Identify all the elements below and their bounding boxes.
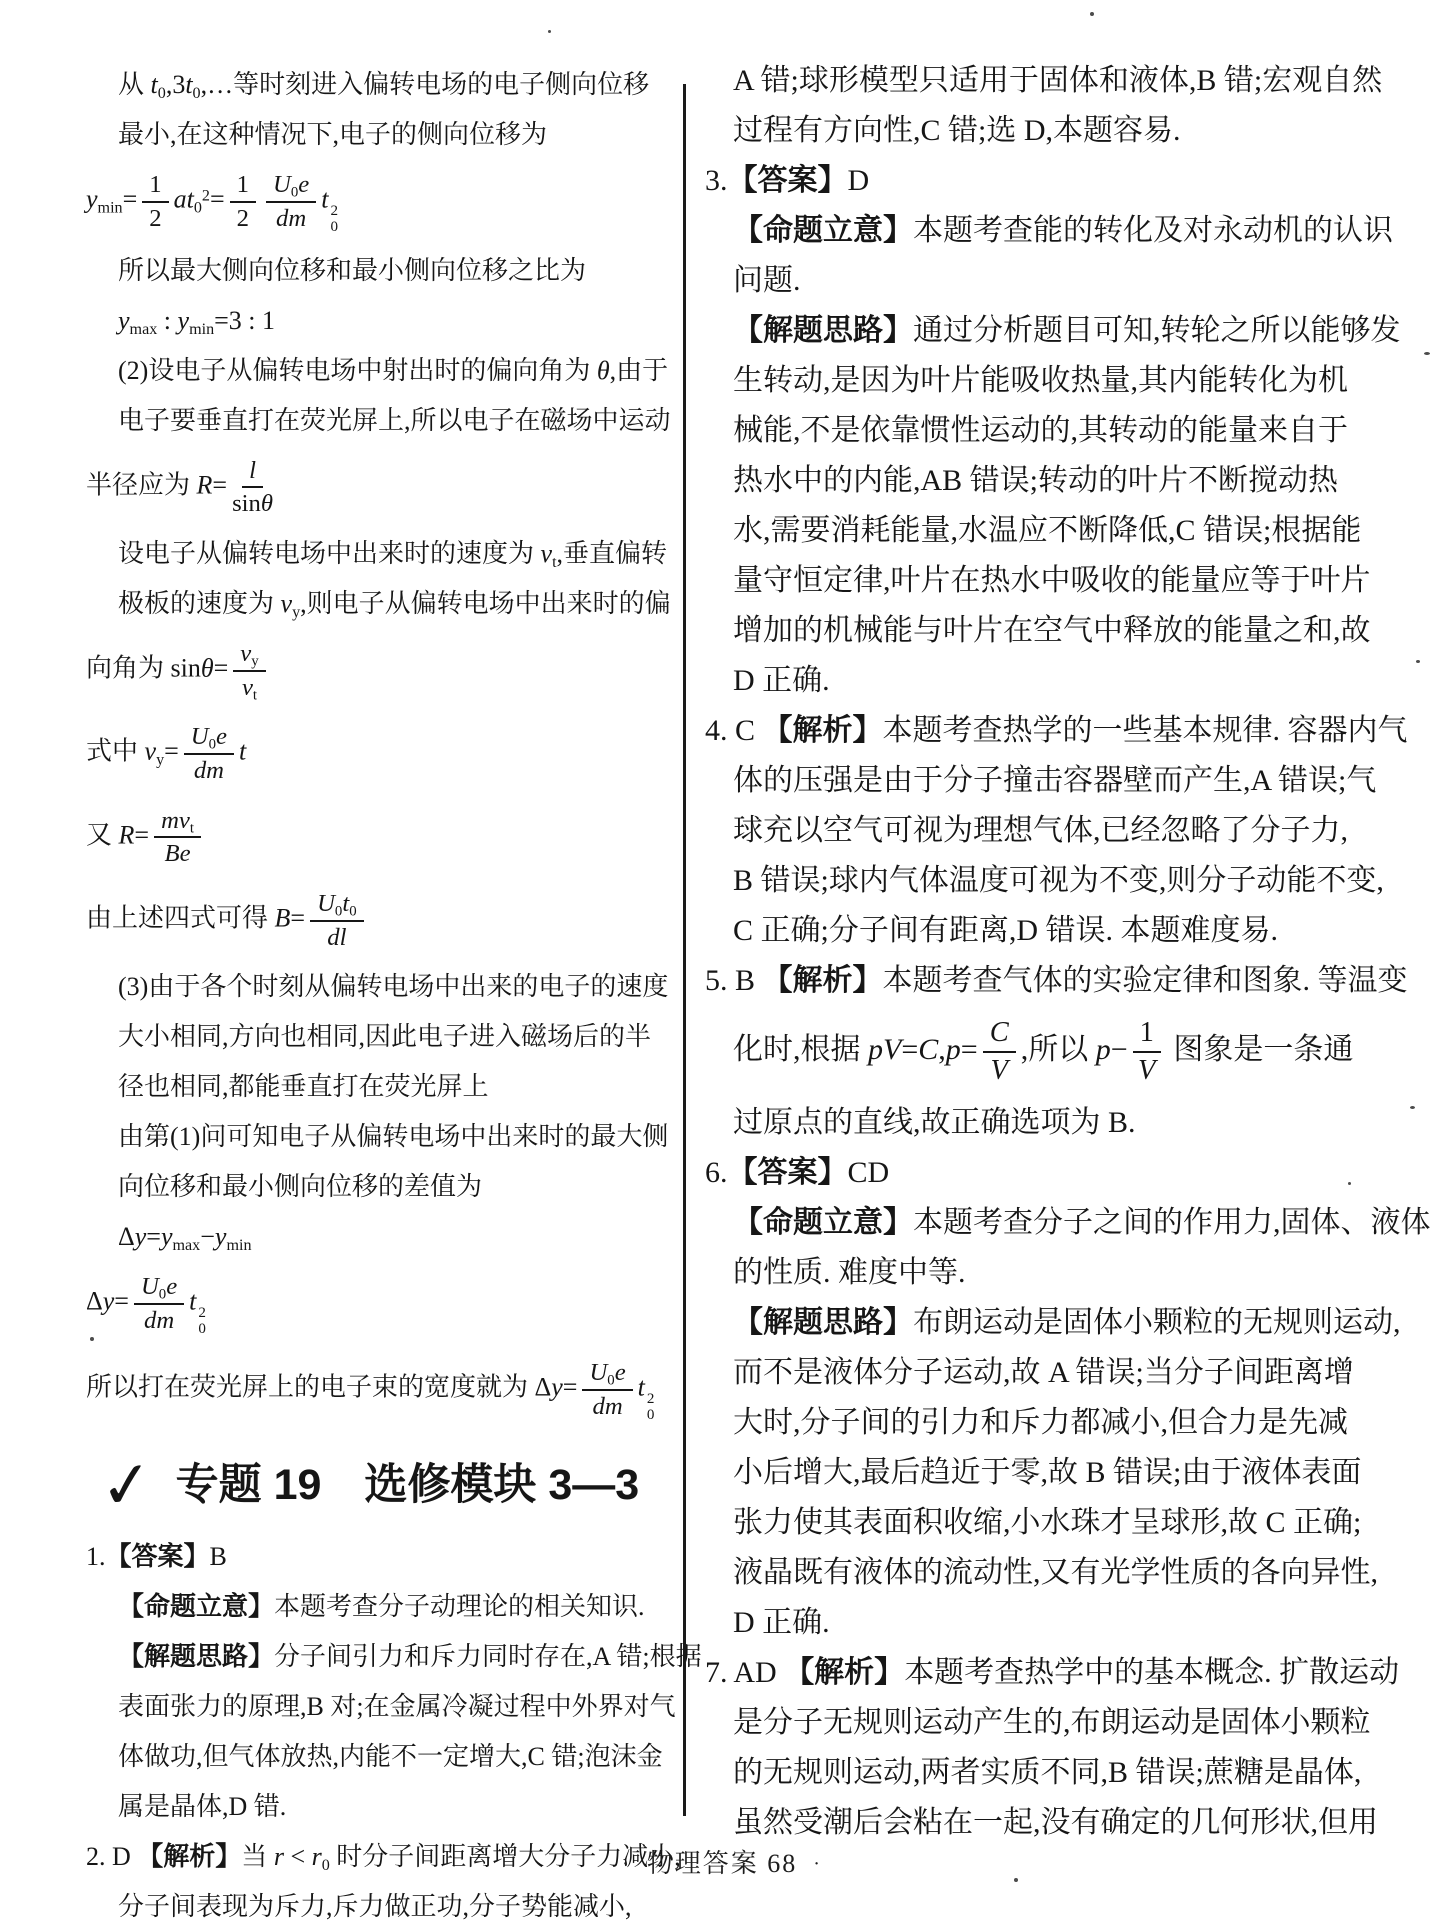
- text-line: 【命题立意】本题考查分子动理论的相关知识.: [86, 1582, 686, 1632]
- formula-line: 化时,根据 pV=C,p=CV,所以 p−1V 图象是一条通: [705, 1006, 1405, 1098]
- text-line: 极板的速度为 vy,则电子从偏转电场中出来时的偏: [86, 579, 686, 629]
- text-line: 的性质. 难度中等.: [705, 1248, 1405, 1298]
- text-line: 向位移和最小侧向位移的差值为: [86, 1162, 686, 1212]
- column-divider: [683, 84, 686, 1816]
- fraction: U0edm: [582, 1358, 632, 1421]
- text-line: D 正确.: [705, 656, 1405, 706]
- text-line: (3)由于各个时刻从偏转电场中出来的电子的速度: [86, 962, 686, 1012]
- text-line: 的无规则运动,两者实质不同,B 错误;蔗糖是晶体,: [705, 1748, 1405, 1798]
- scan-speck: [1348, 1182, 1351, 1185]
- text-line: 液晶既有液体的流动性,又有光学性质的各向异性,: [705, 1548, 1405, 1598]
- formula-line: 由上述四式可得 B=U0t0dl: [86, 879, 686, 962]
- text-line: 电子要垂直打在荧光屏上,所以电子在磁场中运动: [86, 396, 686, 446]
- right-column: A 错;球形模型只适用于固体和液体,B 错;宏观自然过程有方向性,C 错;选 D…: [705, 56, 1405, 1848]
- text-line: 由第(1)问可知电子从偏转电场中出来时的最大侧: [86, 1112, 686, 1162]
- text-line: A 错;球形模型只适用于固体和液体,B 错;宏观自然: [705, 56, 1405, 106]
- fraction: vyvt: [233, 639, 265, 702]
- text-line: 过原点的直线,故正确选项为 B.: [705, 1098, 1405, 1148]
- formula-line: 半径应为 R=lsinθ: [86, 446, 686, 529]
- text-line: 表面张力的原理,B 对;在金属冷凝过程中外界对气: [86, 1682, 686, 1732]
- text-line: 【命题立意】本题考查分子之间的作用力,固体、液体: [705, 1198, 1405, 1248]
- fraction: mvtBe: [154, 806, 201, 869]
- scan-speck: [1410, 1106, 1415, 1109]
- text-line: ymax : ymin=3 : 1: [86, 296, 686, 346]
- text-line: 水,需要消耗能量,水温应不断降低,C 错误;根据能: [705, 506, 1405, 556]
- text-line: 增加的机械能与叶片在空气中释放的能量之和,故: [705, 606, 1405, 656]
- fraction: 12: [142, 170, 168, 233]
- text-line: 分子间表现为斥力,斥力做正功,分子势能减小,: [86, 1882, 686, 1931]
- fraction: U0edm: [134, 1272, 184, 1335]
- text-line: C 正确;分子间有距离,D 错误. 本题难度易.: [705, 906, 1405, 956]
- text-line: 7. AD 【解析】本题考查热学中的基本概念. 扩散运动: [705, 1648, 1405, 1698]
- fraction: U0edm: [184, 722, 234, 785]
- text-line: 而不是液体分子运动,故 A 错误;当分子间距离增: [705, 1348, 1405, 1398]
- text-line: 【命题立意】本题考查能的转化及对永动机的认识: [705, 206, 1405, 256]
- text-line: B 错误;球内气体温度可视为不变,则分子动能不变,: [705, 856, 1405, 906]
- page-number-label: 物理答案 68: [647, 1849, 798, 1878]
- text-line: D 正确.: [705, 1598, 1405, 1648]
- text-line: 1.【答案】B: [86, 1532, 686, 1582]
- text-line: 械能,不是依靠惯性运动的,其转动的能量来自于: [705, 406, 1405, 456]
- scan-speck: [548, 30, 551, 33]
- checkmark-icon: ✓: [97, 1451, 157, 1520]
- text-line: 5. B 【解析】本题考查气体的实验定律和图象. 等温变: [705, 956, 1405, 1006]
- text-line: 6.【答案】CD: [705, 1148, 1405, 1198]
- text-line: 大小相同,方向也相同,因此电子进入磁场后的半: [86, 1012, 686, 1062]
- text-line: 3.【答案】D: [705, 156, 1405, 206]
- left-column: 从 t0,3t0,…等时刻进入偏转电场的电子侧向位移最小,在这种情况下,电子的侧…: [86, 60, 686, 1931]
- text-line: 张力使其表面积收缩,小水珠才呈球形,故 C 正确;: [705, 1498, 1405, 1548]
- text-line: 【解题思路】分子间引力和斥力同时存在,A 错;根据: [86, 1632, 686, 1682]
- text-line: 4. C 【解析】本题考查热学的一些基本规律. 容器内气: [705, 706, 1405, 756]
- text-line: 问题.: [705, 256, 1405, 306]
- formula-line: ymin=12at02=12U0edmt20: [86, 160, 686, 246]
- text-line: 最小,在这种情况下,电子的侧向位移为: [86, 110, 686, 160]
- section-heading-label: 专题 19 选修模块 3—3: [176, 1462, 640, 1509]
- text-line: 大时,分子间的引力和斥力都减小,但合力是先减: [705, 1398, 1405, 1448]
- fraction: 1V: [1133, 1016, 1161, 1088]
- scan-speck: [1424, 352, 1430, 355]
- text-line: 球充以空气可视为理想气体,已经忽略了分子力,: [705, 806, 1405, 856]
- text-line: 生转动,是因为叶片能吸收热量,其内能转化为机: [705, 356, 1405, 406]
- text-line: 属是晶体,D 错.: [86, 1782, 686, 1832]
- formula-line: 又 R=mvtBe: [86, 796, 686, 879]
- footer-dot-right: ·: [813, 1853, 822, 1875]
- scanned-answer-page: 从 t0,3t0,…等时刻进入偏转电场的电子侧向位移最小,在这种情况下,电子的侧…: [0, 0, 1444, 1931]
- text-line: 【解题思路】通过分析题目可知,转轮之所以能够发: [705, 306, 1405, 356]
- scan-speck: [90, 1337, 94, 1341]
- fraction: lsinθ: [232, 456, 273, 519]
- formula-line: 向角为 sinθ=vyvt: [86, 629, 686, 712]
- text-line: Δy=ymax−ymin: [86, 1212, 686, 1262]
- text-line: 径也相同,都能垂直打在荧光屏上: [86, 1062, 686, 1112]
- scan-speck: [1416, 660, 1420, 663]
- text-line: 热水中的内能,AB 错误;转动的叶片不断搅动热: [705, 456, 1405, 506]
- scan-speck: [1090, 12, 1094, 16]
- text-line: 虽然受潮后会粘在一起,没有确定的几何形状,但用: [705, 1798, 1405, 1848]
- text-line: 设电子从偏转电场中出来时的速度为 vt,垂直偏转: [86, 529, 686, 579]
- section-heading: ✓专题 19 选修模块 3—3: [86, 1434, 686, 1532]
- text-line: 【解题思路】布朗运动是固体小颗粒的无规则运动,: [705, 1298, 1405, 1348]
- text-line: 过程有方向性,C 错;选 D,本题容易.: [705, 106, 1405, 156]
- text-line: (2)设电子从偏转电场中射出时的偏向角为 θ,由于: [86, 346, 686, 396]
- scan-speck: [1014, 1878, 1018, 1882]
- text-line: 量守恒定律,叶片在热水中吸收的能量应等于叶片: [705, 556, 1405, 606]
- formula-line: 式中 vy=U0edmt: [86, 712, 686, 795]
- text-line: 所以最大侧向位移和最小侧向位移之比为: [86, 246, 686, 296]
- formula-line: Δy=U0edmt20: [86, 1262, 686, 1348]
- fraction: CV: [983, 1016, 1016, 1088]
- formula-line: 所以打在荧光屏上的电子束的宽度就为 Δy=U0edmt20: [86, 1348, 686, 1434]
- text-line: 从 t0,3t0,…等时刻进入偏转电场的电子侧向位移: [86, 60, 686, 110]
- footer-dot-left: ·: [622, 1853, 631, 1875]
- text-line: 体的压强是由于分子撞击容器壁而产生,A 错误;气: [705, 756, 1405, 806]
- fraction: U0t0dl: [310, 889, 364, 952]
- fraction: 12: [230, 170, 256, 233]
- fraction: U0edm: [266, 170, 316, 233]
- page-footer: ·物理答案 68·: [0, 1843, 1444, 1880]
- text-line: 是分子无规则运动产生的,布朗运动是固体小颗粒: [705, 1698, 1405, 1748]
- text-line: 体做功,但气体放热,内能不一定增大,C 错;泡沫金: [86, 1732, 686, 1782]
- text-line: 小后增大,最后趋近于零,故 B 错误;由于液体表面: [705, 1448, 1405, 1498]
